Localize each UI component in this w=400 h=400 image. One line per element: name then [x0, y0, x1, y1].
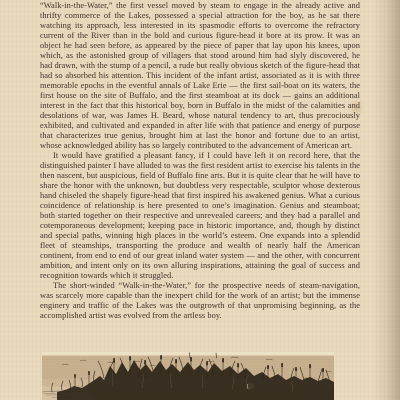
paragraph-3: The short-winded “Walk-in-the-Water,” fo… — [40, 281, 360, 321]
book-page: “Walk-in-the-Water,” the first vessel mo… — [0, 0, 400, 400]
paragraph-1: “Walk-in-the-Water,” the first vessel mo… — [40, 1, 360, 151]
marsh-etching-svg — [42, 352, 334, 400]
paragraph-2: It would have gratified a pleasant fancy… — [40, 151, 360, 281]
page-edge-shadow — [372, 0, 400, 400]
marsh-etching-image — [42, 352, 334, 400]
body-text: “Walk-in-the-Water,” the first vessel mo… — [40, 1, 360, 321]
